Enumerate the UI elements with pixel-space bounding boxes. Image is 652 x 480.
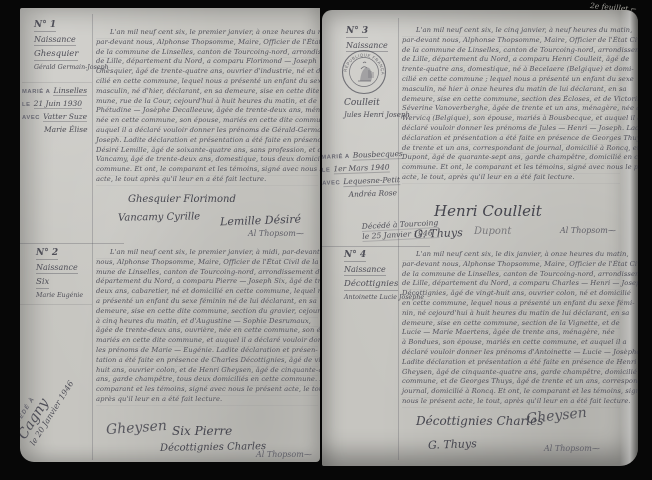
signature-mayor: Al Thopsom⁓ — [256, 450, 312, 459]
handwritten-line: de trente et un ans, correspondant de jo… — [402, 144, 620, 154]
handwritten-line: Désiré Lemille, âgé de soixante-quatre a… — [96, 146, 318, 156]
entry-category: Naissance — [344, 265, 386, 276]
signature-witness-2: Dupont — [474, 226, 511, 237]
spouse-surname: Lequesne-Petit — [343, 175, 400, 187]
handwritten-line: nous, Alphonse Thopsomme, Maire, Officie… — [96, 258, 318, 268]
marriage-place: Bousbecques — [353, 149, 403, 161]
entry-number: N° 2 — [36, 248, 58, 260]
entry-2-death-note: DÉCÉDÉ À Cagny le 20 Janvier 1946 — [20, 368, 75, 447]
handwritten-line: Séverine Vanoverberghe, âgée de trente e… — [402, 104, 620, 114]
handwritten-line: déclaré vouloir donner les prénoms de Ju… — [402, 124, 620, 134]
handwritten-line: Ghesquier, âgé de trente-quatre ans, ouv… — [96, 67, 318, 77]
signature-mayor: Al Thopsom⁓ — [560, 226, 616, 235]
handwritten-line: cilié en cette commune ; lequel nous a p… — [402, 75, 620, 85]
handwritten-line: déclaration et présentation a été faite … — [402, 134, 620, 144]
stamp-label: LE — [322, 168, 331, 174]
spouse-given-names: Marie Élise — [44, 125, 88, 134]
handwritten-line: L'an mil neuf cent six, le premier janvi… — [96, 248, 318, 258]
entry-number: N° 4 — [344, 250, 366, 262]
handwritten-line: a présenté un enfant du sexe féminin né … — [96, 297, 318, 307]
handwritten-line: de la commune de Linselles, canton de To… — [96, 48, 318, 58]
entry-divider-left — [20, 243, 124, 244]
handwritten-line: commune, et de Georges Thuys, âgé de tre… — [402, 377, 620, 387]
handwritten-line: à Bondues, son épouse, mariés en cette c… — [402, 338, 620, 348]
stamp-label: MARIÉ A — [22, 89, 50, 95]
handwritten-line: de Lille, département du Nord, a comparu… — [402, 55, 620, 65]
handwritten-line: Dupont, âgé de quarante-sept ans, garde … — [402, 153, 620, 163]
entry-1-act-text: L'an mil neuf cent six, le premier janvi… — [96, 28, 318, 185]
register-scan: N° 1 Naissance Ghesquier Gérald Germain-… — [0, 0, 652, 480]
entry-2-act-text: L'an mil neuf cent six, le premier janvi… — [96, 248, 318, 405]
handwritten-line: par-devant nous, Alphonse Thopsomme, Mai… — [402, 260, 620, 270]
handwritten-line: mune, rue de la Cour, cejourd'hui à huit… — [96, 97, 318, 107]
handwritten-line: masculin, né d'hier, déclarant, en sa de… — [96, 87, 318, 97]
handwritten-line: de Lille, département du Nord, a comparu… — [402, 279, 620, 289]
stamp-label: MARIÉ A — [322, 154, 350, 161]
entry-4-act-text: L'an mil neuf cent six, le dix janvier, … — [402, 250, 620, 407]
margin-rule-left — [92, 14, 93, 460]
stamp-label: AVEC — [322, 180, 340, 187]
handwritten-line: demeure, sise en cette dite commune, sec… — [96, 307, 318, 317]
handwritten-line: Phétudine — Josèphe Decalleeuw, âgée de … — [96, 106, 318, 116]
handwritten-line: masculin, né hier à onze heures du matin… — [402, 85, 620, 95]
signature-mayor: Al Thopsom⁓ — [248, 229, 304, 238]
entry-2-margin: N° 2 Naissance Six Marie Eugénie — [36, 248, 83, 299]
handwritten-line: demeure, sise en cette commune, section … — [402, 319, 620, 329]
handwritten-line: de la commune de Linselles, canton de To… — [402, 270, 620, 280]
handwritten-line: les prénoms de Marie — Eugénie. Ladite d… — [96, 346, 318, 356]
handwritten-line: journal, domicilié à Roncq. Et ont, le c… — [402, 387, 620, 397]
signature-mayor: Al Thopsom⁓ — [544, 444, 600, 453]
handwritten-line: mariés en cette dite commune, et auquel … — [96, 336, 318, 346]
handwritten-line: Joseph. Ladite déclaration et présentati… — [96, 136, 318, 146]
margin-line — [20, 304, 92, 305]
left-page: N° 1 Naissance Ghesquier Gérald Germain-… — [20, 8, 320, 462]
handwritten-line: acte, le tout, après qu'il leur en a été… — [402, 173, 620, 183]
handwritten-line: par-devant nous, Alphonse Thopsomme, Mai… — [96, 38, 318, 48]
handwritten-line: acte, le tout après qu'il leur en a été … — [96, 175, 318, 185]
signature-witness-2: Lemille Désiré — [220, 213, 301, 229]
margin-line — [22, 82, 92, 83]
entry-divider-right — [322, 246, 430, 247]
signature-declarant: Henri Coulleit — [434, 202, 542, 220]
child-surname: Décottignies — [344, 279, 398, 291]
handwritten-line: huit ans, ouvrier colon, et de Henri Ghe… — [96, 366, 318, 376]
handwritten-line: Lucie — Marie Maertens, âgée de trente a… — [402, 328, 620, 338]
child-surname: Coulleit — [344, 98, 410, 108]
handwritten-line: Wervicq (Belgique), son épouse, mariés à… — [402, 114, 620, 124]
signature-witness-1: Vancamy Cyrille — [118, 211, 200, 223]
handwritten-line: née en cette commune, son épouse, mariés… — [96, 116, 318, 126]
right-page: N° 3 Naissance RÉPUBLIQUE FRANÇAISE Coul… — [322, 10, 638, 466]
marriage-date: 21 Juin 1930 — [34, 99, 82, 109]
signature-declarant: Ghesquier Florimond — [128, 194, 236, 205]
handwritten-line: trente-quatre ans, domestique, né à Bece… — [402, 65, 620, 75]
child-given-names: Marie Eugénie — [36, 292, 83, 299]
marriage-place: Linselles — [53, 86, 87, 96]
entry-3-act-text: L'an mil neuf cent six, le cinq janvier,… — [402, 26, 620, 183]
handwritten-line: par-devant nous, Alphonse Thopsomme, Mai… — [402, 36, 620, 46]
signature-witness-1: Décottignies Charles — [160, 441, 266, 454]
handwritten-line: ans, garde champêtre, tous deux domicili… — [96, 375, 318, 385]
handwritten-line: âgée de trente-deux ans, ouvrière, née e… — [96, 326, 318, 336]
handwritten-line: de la commune de Linselles, canton de To… — [402, 46, 620, 56]
handwritten-line: Gheysen, âgé de cinquante-quatre ans, ga… — [402, 368, 620, 378]
child-surname: Six — [36, 277, 49, 289]
signature-witness-1: G. Thuys — [414, 226, 463, 241]
handwritten-line: L'an mil neuf cent six, le premier janvi… — [96, 28, 318, 38]
handwritten-line: nin, né cejourd'hui à huit heures du mat… — [402, 309, 620, 319]
child-surname: Ghesquier — [34, 49, 78, 61]
handwritten-line: tation a été faite en présence de Charle… — [96, 356, 318, 366]
signature-declarant: Décottignies Charles — [416, 414, 543, 428]
entry-number: N° 3 — [346, 26, 368, 38]
spouse-given-names: Andréa Rose — [348, 188, 397, 199]
handwritten-line: demeure, sise en cette commune, section … — [402, 95, 620, 105]
handwritten-line: L'an mil neuf cent six, le dix janvier, … — [402, 250, 620, 260]
handwritten-line: déclaré vouloir donner les prénoms d'Ant… — [402, 348, 620, 358]
child-given-names: Jules Henri Joseph — [344, 111, 410, 119]
handwritten-line: de Lille, département du Nord, a comparu… — [96, 57, 318, 67]
entry-category: Naissance — [34, 35, 76, 46]
handwritten-line: Vancamy, âgé de trente-deux ans, domesti… — [96, 155, 318, 165]
handwritten-line: à cinq heures du matin, et d'Augustine —… — [96, 317, 318, 327]
signature-witness-flourish: Gheysen — [525, 405, 587, 427]
handwritten-line: Ladite déclaration et présentation a été… — [402, 358, 620, 368]
handwritten-line: comparant et les témoins, signé avec nou… — [96, 385, 318, 395]
handwritten-line: mune de Linselles, canton de Tourcoing-n… — [96, 268, 318, 278]
spouse-surname: Vatter Suze — [43, 112, 87, 122]
marriage-date: 1er Mars 1940 — [333, 162, 390, 174]
signature-witness-1: G. Thuys — [428, 437, 477, 452]
signature-declarant: Six Pierre — [172, 424, 232, 438]
handwritten-line: cilié en cette commune, lequel nous a pr… — [96, 77, 318, 87]
entry-number: N° 1 — [34, 20, 56, 32]
handwritten-line: auquel il a déclaré vouloir donner les p… — [96, 126, 318, 136]
handwritten-line: Décottignies, âgé de vingt-huit ans, ouv… — [402, 289, 620, 299]
handwritten-line: deux ans, cabaretier, né et domicilié en… — [96, 287, 318, 297]
handwritten-line: L'an mil neuf cent six, le cinq janvier,… — [402, 26, 620, 36]
handwritten-line: en cette commune, lequel nous a présenté… — [402, 299, 620, 309]
signature-witness-flourish: Gheysen — [106, 418, 168, 438]
entry-category: Naissance — [36, 263, 78, 274]
handwritten-line: département du Nord, a comparu Pierre — … — [96, 277, 318, 287]
handwritten-line: commune. Et ont, le comparant et les tém… — [402, 163, 620, 173]
stamp-label: AVEC — [22, 115, 40, 121]
handwritten-line: commune. Et ont, le comparant et les tém… — [96, 165, 318, 175]
handwritten-line: après qu'il leur en a été fait lecture. — [96, 395, 318, 405]
republique-francaise-seal-stamp: RÉPUBLIQUE FRANÇAISE — [340, 48, 388, 96]
stamp-label: LE — [22, 102, 31, 108]
handwritten-line: nous le présent acte, le tout, après qu'… — [402, 397, 620, 407]
entry-3-child-name: Coulleit Jules Henri Joseph — [344, 98, 410, 119]
